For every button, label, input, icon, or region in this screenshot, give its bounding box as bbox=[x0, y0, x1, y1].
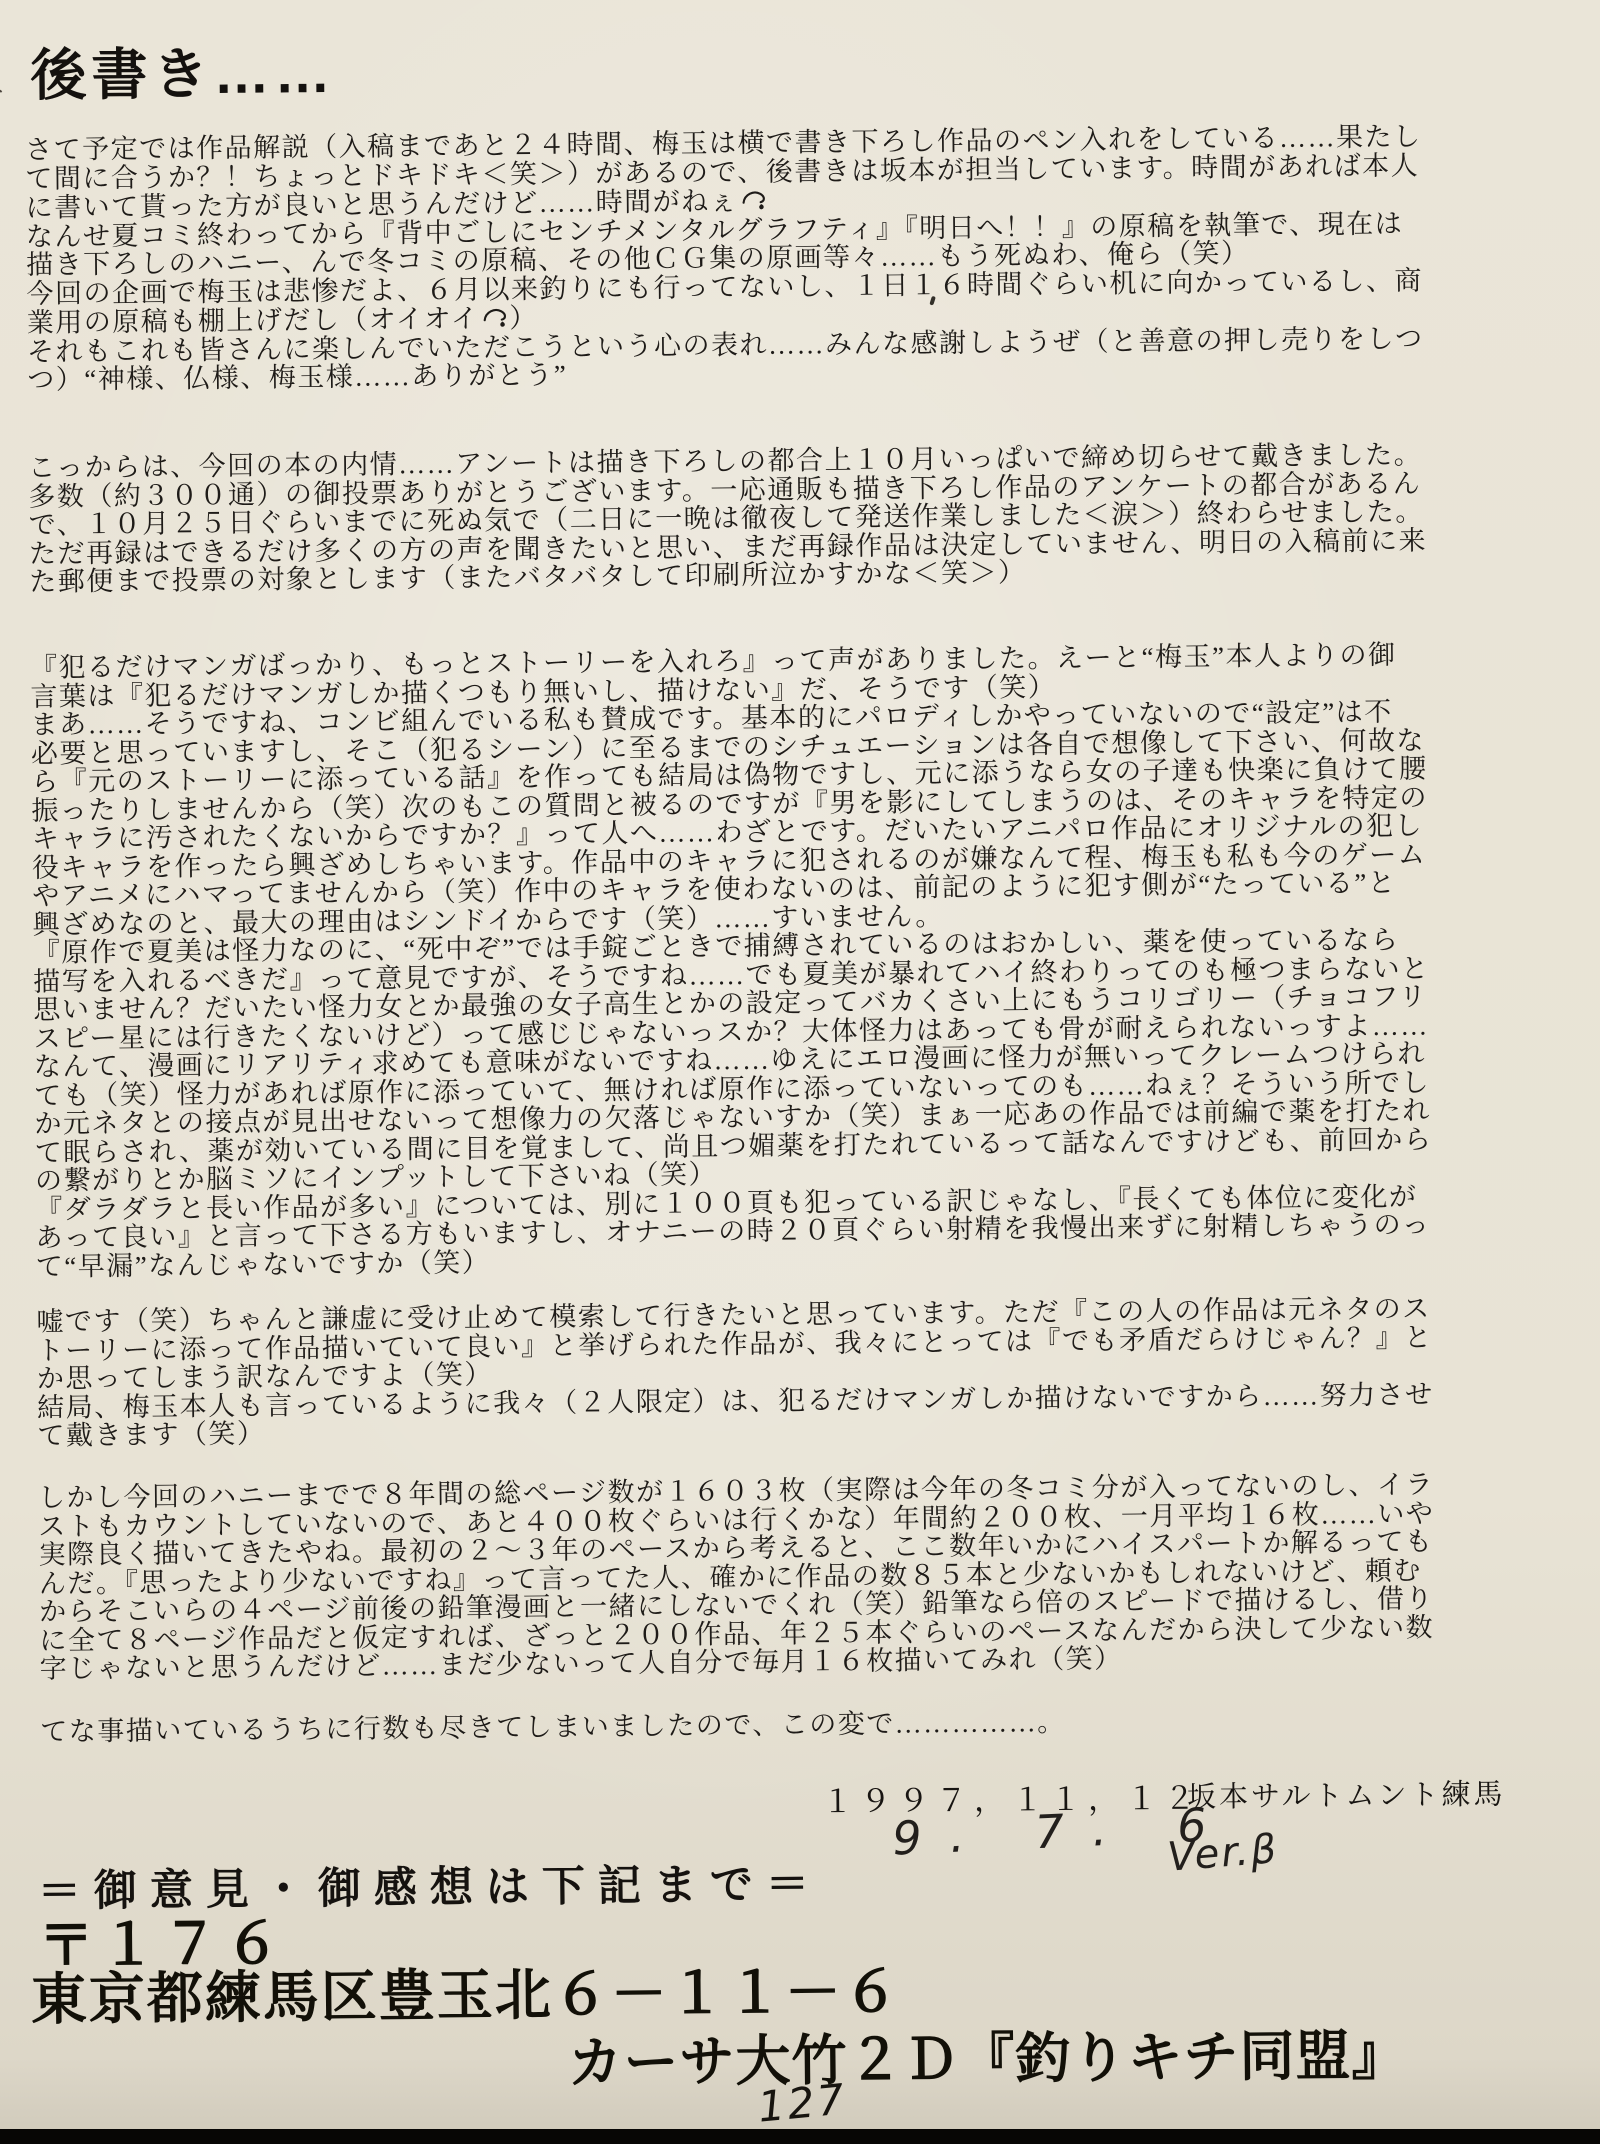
paragraph-5: しかし今回のハニーまでで８年間の総ページ数が１６０３枚（実際は今年の冬コミ分が入… bbox=[38, 1469, 1596, 1683]
scanned-afterword-page: { "page": { "title": "後書き……", "body_para… bbox=[0, 0, 1600, 2144]
scan-edge-strip bbox=[0, 2129, 1600, 2144]
paragraph-1: さて予定では作品解説（入稿まであと２４時間、梅玉は横で書き下ろし作品のペン入れを… bbox=[25, 121, 1583, 394]
paragraph-3: 『犯るだけマンガばっかり、もっとストーリーを入れろ』って声がありました。えーと“… bbox=[30, 639, 1592, 1281]
paragraph-4: 嘘です（笑）ちゃんと謙虚に受け止めて模索して行きたいと思っています。ただ『この人… bbox=[36, 1293, 1593, 1450]
handwritten-version: Ver.β bbox=[1166, 1826, 1280, 1881]
paragraph-6: てな事描いているうちに行数も尽きてしまいましたので、この変で……………。 bbox=[40, 1703, 1596, 1746]
signature-author: 坂本サルトムント練馬 bbox=[1187, 1772, 1506, 1816]
sweat-doodle-icon bbox=[481, 305, 509, 329]
scan-artifact bbox=[0, 85, 2, 92]
page-number: 127 bbox=[756, 2074, 849, 2131]
text-line: てな事描いているうちに行数も尽きてしまいましたので、この変で……………。 bbox=[40, 1703, 1596, 1746]
page-title: 後書き…… bbox=[30, 29, 336, 112]
page-content: 後書き…… さて予定では作品解説（入稿まであと２４時間、梅玉は横で書き下ろし作品… bbox=[0, 0, 1600, 2144]
body-text: さて予定では作品解説（入稿まであと２４時間、梅玉は横で書き下ろし作品のペン入れを… bbox=[0, 0, 1590, 6]
address-line-2: カーサ大竹２Ｄ『釣りキチ同盟』 bbox=[567, 2011, 1408, 2098]
paragraph-2: こっからは、今回の本の内情……アンートは描き下ろしの都合上１０月いっぱいで締め切… bbox=[28, 439, 1585, 596]
sweat-doodle-icon bbox=[740, 188, 768, 212]
